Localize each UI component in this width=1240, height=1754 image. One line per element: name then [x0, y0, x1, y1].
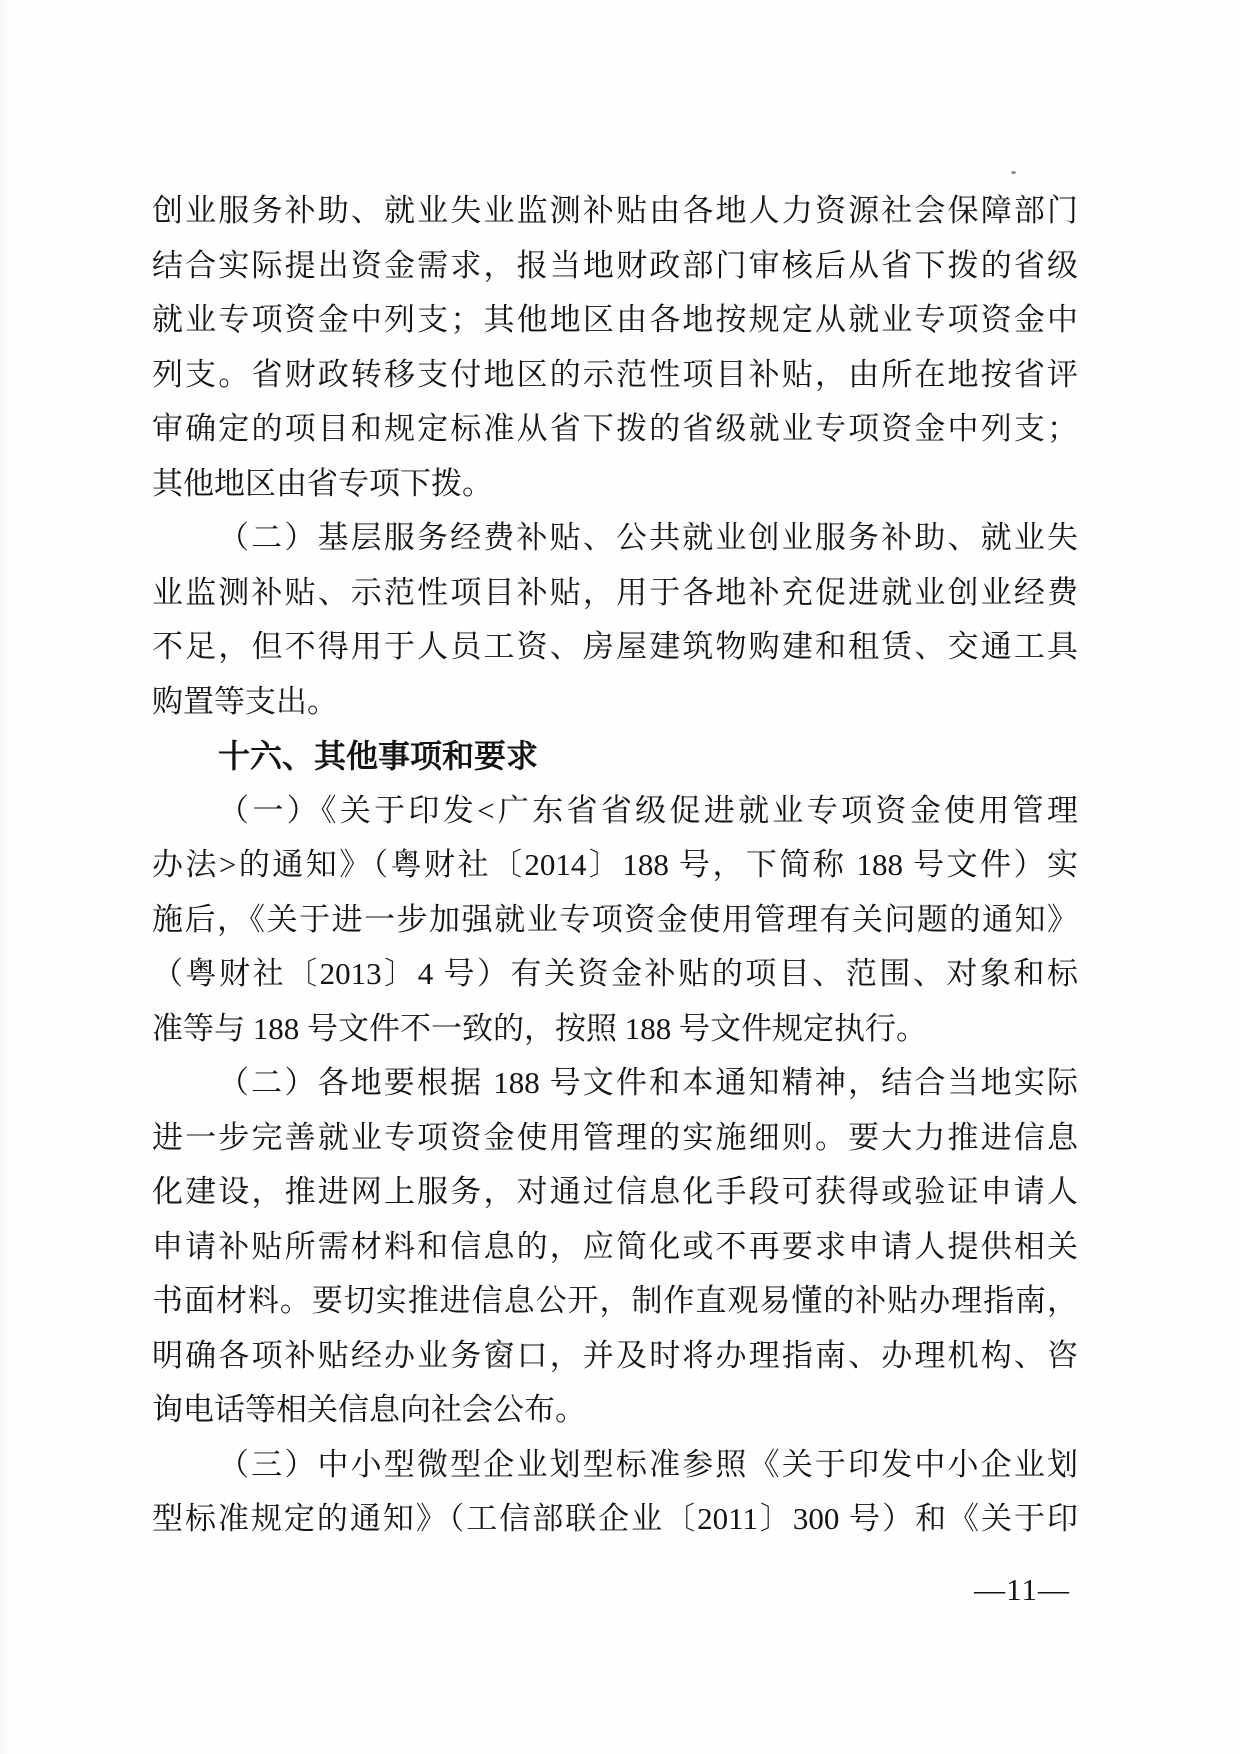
text-line: 其他地区由省专项下拨。 [152, 457, 1078, 512]
page-number: —11— [974, 1572, 1070, 1608]
text-line: 业监测补贴、示范性项目补贴，用于各地补充促进就业创业经费 [152, 566, 1078, 621]
text-line: 询电话等相关信息向社会公布。 [152, 1383, 1078, 1438]
text-line: 施后，《关于进一步加强就业专项资金使用管理有关问题的通知》 [152, 893, 1078, 948]
text-line: 列支。省财政转移支付地区的示范性项目补贴，由所在地按省评 [152, 348, 1078, 403]
text-line: 创业服务补助、就业失业监测补贴由各地人力资源社会保障部门 [152, 184, 1078, 239]
text-line: 准等与 188 号文件不一致的，按照 188 号文件规定执行。 [152, 1002, 1078, 1057]
text-line: 进一步完善就业专项资金使用管理的实施细则。要大力推进信息 [152, 1111, 1078, 1166]
text-line: 书面材料。要切实推进信息公开，制作直观易懂的补贴办理指南， [152, 1274, 1078, 1329]
document-page: 创业服务补助、就业失业监测补贴由各地人力资源社会保障部门结合实际提出资金需求，报… [0, 0, 1240, 1754]
text-line: （二）各地要根据 188 号文件和本通知精神，结合当地实际 [152, 1056, 1078, 1111]
text-line: （粤财社〔2013〕4 号）有关资金补贴的项目、范围、对象和标 [152, 947, 1078, 1002]
text-line: 型标准规定的通知》（工信部联企业〔2011〕300 号）和《关于印 [152, 1492, 1078, 1547]
text-line: 不足，但不得用于人员工资、房屋建筑物购建和租赁、交通工具 [152, 620, 1078, 675]
text-line: 购置等支出。 [152, 675, 1078, 730]
text-line: 结合实际提出资金需求，报当地财政部门审核后从省下拨的省级 [152, 239, 1078, 294]
text-line: （三）中小型微型企业划型标准参照《关于印发中小企业划 [152, 1438, 1078, 1493]
text-line: 化建设，推进网上服务，对通过信息化手段可获得或验证申请人 [152, 1165, 1078, 1220]
text-line: 审确定的项目和规定标准从省下拨的省级就业专项资金中列支； [152, 402, 1078, 457]
document-body: 创业服务补助、就业失业监测补贴由各地人力资源社会保障部门结合实际提出资金需求，报… [152, 184, 1078, 1547]
text-line: 办法>的通知》（粤财社〔2014〕188 号，下简称 188 号文件）实 [152, 838, 1078, 893]
text-line: 明确各项补贴经办业务窗口，并及时将办理指南、办理机构、咨 [152, 1329, 1078, 1384]
section-heading: 十六、其他事项和要求 [152, 729, 1078, 784]
text-line: （一）《关于印发<广东省省级促进就业专项资金使用管理 [152, 784, 1078, 839]
text-line: 申请补贴所需材料和信息的，应简化或不再要求申请人提供相关 [152, 1220, 1078, 1275]
text-line: 就业专项资金中列支；其他地区由各地按规定从就业专项资金中 [152, 293, 1078, 348]
scan-speck [1011, 171, 1016, 174]
text-line: （二）基层服务经费补贴、公共就业创业服务补助、就业失 [152, 511, 1078, 566]
